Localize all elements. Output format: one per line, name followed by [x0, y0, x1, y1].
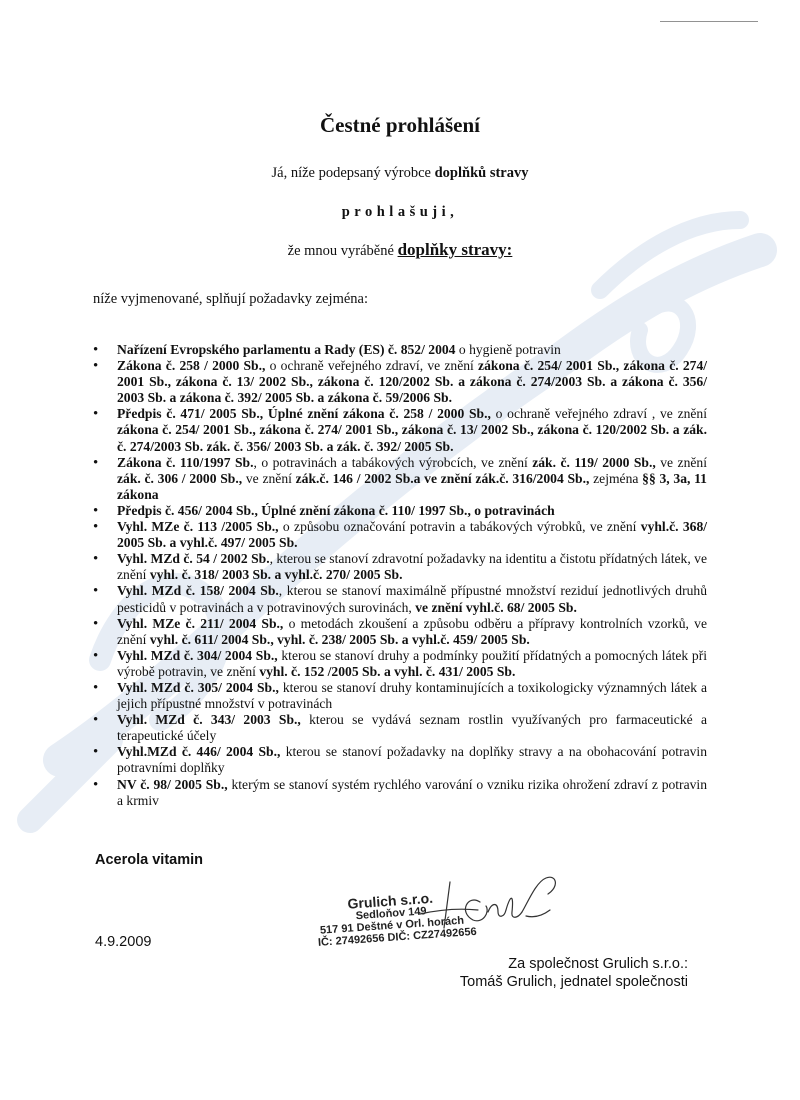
- regulation-description: o ochraně veřejného zdraví , ve znění: [491, 406, 707, 421]
- product-name: Acerola vitamin: [95, 852, 203, 868]
- regulation-description: o hygieně potravin: [455, 342, 560, 357]
- regulation-citation: NV č. 98/ 2005 Sb.,: [117, 777, 228, 792]
- regulation-citation: vyhl. č. 152 /2005 Sb. a vyhl. č. 431/ 2…: [259, 664, 515, 679]
- lead-paragraph: níže vyjmenované, splňují požadavky zejm…: [93, 291, 368, 308]
- signature-icon: [418, 872, 568, 932]
- regulation-description: , o potravinách a tabákových výrobcích, …: [254, 455, 533, 470]
- regulation-item: Vyhl. MZd č. 343/ 2003 Sb., kterou se vy…: [93, 712, 707, 744]
- regulation-item: Vyhl. MZd č. 304/ 2004 Sb., kterou se st…: [93, 648, 707, 680]
- regulation-citation: Vyhl. MZd č. 54 / 2002 Sb.: [117, 551, 270, 566]
- regulation-item: Nařízení Evropského parlamentu a Rady (E…: [93, 342, 707, 358]
- regulation-citation: Předpis č. 456/ 2004 Sb., Úplné znění zá…: [117, 503, 555, 518]
- regulation-description: zejména: [589, 471, 642, 486]
- regulation-citation: Zákona č. 110/1997 Sb.: [117, 455, 254, 470]
- regulation-item: Vyhl. MZe č. 211/ 2004 Sb., o metodách z…: [93, 616, 707, 648]
- regulation-citation: zák.č. 146 / 2002 Sb.a ve znění zák.č. 3…: [296, 471, 590, 486]
- regulation-item: Předpis č. 471/ 2005 Sb., Úplné znění zá…: [93, 406, 707, 454]
- regulation-description: ve znění: [656, 455, 707, 470]
- regulation-citation: Vyhl.MZd č. 446/ 2004 Sb.,: [117, 744, 280, 759]
- products-heading: doplňky stravy:: [398, 240, 513, 259]
- intro-line: Já, níže podepsaný výrobce doplňků strav…: [0, 165, 800, 182]
- regulation-item: Vyhl. MZd č. 158/ 2004 Sb., kterou se st…: [93, 583, 707, 615]
- signatory-block: Za společnost Grulich s.r.o.: Tomáš Grul…: [460, 955, 688, 991]
- document-page: Čestné prohlášení Já, níže podepsaný výr…: [0, 0, 800, 1100]
- intro-prefix: Já, níže podepsaný výrobce: [272, 165, 435, 181]
- regulation-description: o způsobu označování potravin a tabákový…: [279, 519, 641, 534]
- regulation-citation: Vyhl. MZd č. 158/ 2004 Sb.: [117, 583, 279, 598]
- regulation-citation: vyhl. č. 318/ 2003 Sb. a vyhl.č. 270/ 20…: [150, 567, 403, 582]
- regulation-description: o ochraně veřejného zdraví, ve znění: [265, 358, 478, 373]
- products-line: že mnou vyráběné doplňky stravy:: [0, 240, 800, 260]
- declaration-word: prohlašuji,: [0, 204, 800, 221]
- regulation-citation: zákona č. 254/ 2001 Sb., zákona č. 274/ …: [117, 422, 707, 453]
- regulation-item: Vyhl. MZe č. 113 /2005 Sb., o způsobu oz…: [93, 519, 707, 551]
- regulation-item: Vyhl. MZd č. 54 / 2002 Sb., kterou se st…: [93, 551, 707, 583]
- regulation-item: NV č. 98/ 2005 Sb., kterým se stanoví sy…: [93, 777, 707, 809]
- regulation-citation: zák. č. 119/ 2000 Sb.,: [532, 455, 656, 470]
- signatory-company: Za společnost Grulich s.r.o.:: [460, 955, 688, 973]
- regulation-citation: Vyhl. MZd č. 343/ 2003 Sb.,: [117, 712, 301, 727]
- regulation-citation: Nařízení Evropského parlamentu a Rady (E…: [117, 342, 455, 357]
- regulation-citation: Zákona č. 258 / 2000 Sb.,: [117, 358, 265, 373]
- signatory-name: Tomáš Grulich, jednatel společnosti: [460, 973, 688, 991]
- regulation-item: Zákona č. 110/1997 Sb., o potravinách a …: [93, 455, 707, 503]
- intro-bold: doplňků stravy: [435, 165, 529, 181]
- regulation-citation: Vyhl. MZe č. 211/ 2004 Sb.,: [117, 616, 283, 631]
- document-title: Čestné prohlášení: [0, 113, 800, 138]
- products-prefix: že mnou vyráběné: [288, 243, 398, 259]
- regulation-citation: zák. č. 306 / 2000 Sb.,: [117, 471, 242, 486]
- regulation-description: ve znění: [242, 471, 295, 486]
- regulation-item: Zákona č. 258 / 2000 Sb., o ochraně veře…: [93, 358, 707, 406]
- regulation-citation: Předpis č. 471/ 2005 Sb., Úplné znění zá…: [117, 406, 491, 421]
- regulations-list: Nařízení Evropského parlamentu a Rady (E…: [93, 342, 707, 809]
- regulation-item: Vyhl.MZd č. 446/ 2004 Sb., kterou se sta…: [93, 744, 707, 776]
- regulation-citation: ve znění vyhl.č. 68/ 2005 Sb.: [415, 600, 577, 615]
- regulation-item: Vyhl. MZd č. 305/ 2004 Sb., kterou se st…: [93, 680, 707, 712]
- regulation-item: Předpis č. 456/ 2004 Sb., Úplné znění zá…: [93, 503, 707, 519]
- regulation-citation: vyhl. č. 611/ 2004 Sb., vyhl. č. 238/ 20…: [150, 632, 530, 647]
- date: 4.9.2009: [95, 934, 151, 950]
- regulation-citation: Vyhl. MZd č. 305/ 2004 Sb.,: [117, 680, 279, 695]
- scan-artifact-line: [660, 21, 758, 22]
- regulation-citation: Vyhl. MZe č. 113 /2005 Sb.,: [117, 519, 279, 534]
- regulation-citation: Vyhl. MZd č. 304/ 2004 Sb.,: [117, 648, 278, 663]
